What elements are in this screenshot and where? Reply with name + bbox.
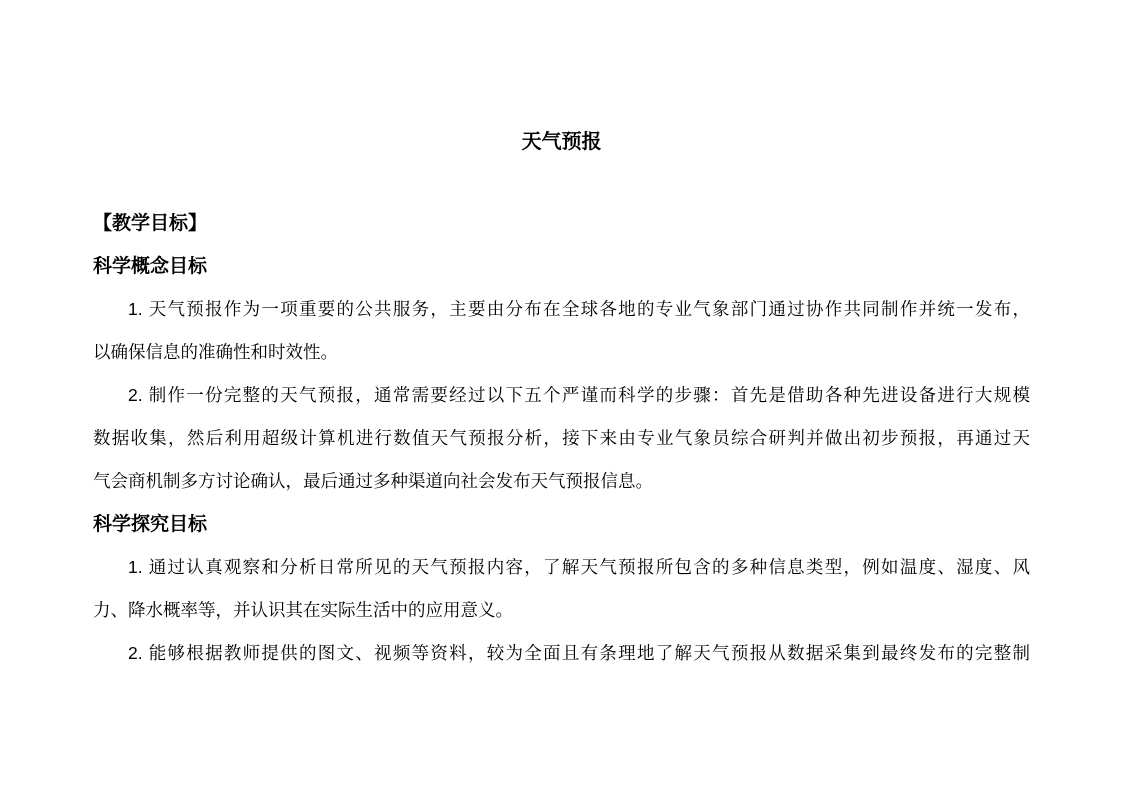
body-line-concept-item2-line3: 气会商机制多方讨论确认，最后通过多种渠道向社会发布天气预报信息。 bbox=[93, 460, 1030, 503]
body-line-concept-item2-line1: 2. 制作一份完整的天气预报，通常需要经过以下五个严谨而科学的步骤：首先是借助各… bbox=[93, 374, 1030, 417]
section-heading-science-concept-goals: 科学概念目标 bbox=[93, 245, 1030, 288]
document-title: 天气预报 bbox=[93, 121, 1030, 164]
section-heading-science-inquiry-goals: 科学探究目标 bbox=[93, 503, 1030, 546]
body-line-concept-item1-line1: 1. 天气预报作为一项重要的公共服务，主要由分布在全球各地的专业气象部门通过协作… bbox=[93, 288, 1030, 331]
document-body: 【教学目标】 科学概念目标 1. 天气预报作为一项重要的公共服务，主要由分布在全… bbox=[93, 202, 1030, 675]
body-line-inquiry-item2-line1: 2. 能够根据教师提供的图文、视频等资料，较为全面且有条理地了解天气预报从数据采… bbox=[93, 632, 1030, 675]
section-heading-teaching-goals: 【教学目标】 bbox=[93, 202, 1030, 245]
body-line-inquiry-item1-line2: 力、降水概率等，并认识其在实际生活中的应用意义。 bbox=[93, 589, 1030, 632]
document-page: 天气预报 【教学目标】 科学概念目标 1. 天气预报作为一项重要的公共服务，主要… bbox=[0, 0, 1123, 794]
body-line-inquiry-item1-line1: 1. 通过认真观察和分析日常所见的天气预报内容，了解天气预报所包含的多种信息类型… bbox=[93, 546, 1030, 589]
body-line-concept-item1-line2: 以确保信息的准确性和时效性。 bbox=[93, 331, 1030, 374]
body-line-concept-item2-line2: 数据收集，然后利用超级计算机进行数值天气预报分析，接下来由专业气象员综合研判并做… bbox=[93, 417, 1030, 460]
